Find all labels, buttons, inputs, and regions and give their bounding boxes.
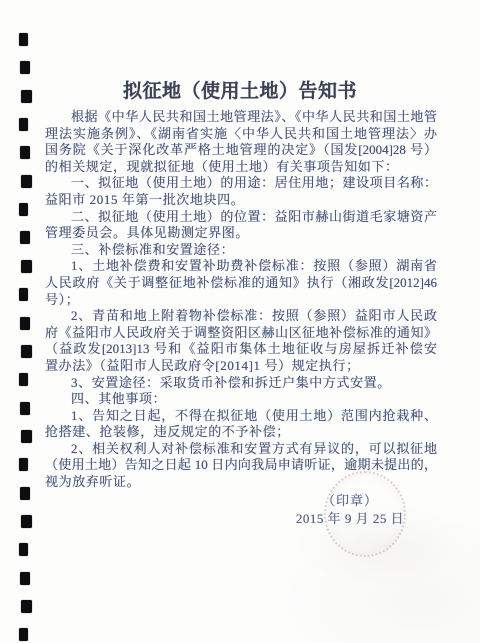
binding-mark bbox=[21, 260, 32, 273]
document-line: 理法实施条例》、《湖南省实施〈中华人民共和国土地管理法〉办法》、 bbox=[45, 126, 437, 143]
document-line: 二、拟征地（使用土地）的位置：益阳市赫山街道毛家塘资产 bbox=[45, 209, 437, 226]
binding-mark bbox=[20, 572, 30, 585]
document-line: 管理委员会。具体见勘测定界图。 bbox=[45, 225, 437, 242]
document-date: 2015 年 9 月 25 日 bbox=[270, 510, 430, 527]
document-line: 3、安置途径：采取货币补偿和拆迁户集中方式安置。 bbox=[45, 375, 437, 392]
binding-mark bbox=[21, 175, 32, 188]
binding-mark bbox=[20, 231, 30, 244]
document-line: 益阳市 2015 年第一批次地块四。 bbox=[45, 192, 437, 209]
binding-mark bbox=[21, 430, 32, 443]
binding-mark bbox=[19, 118, 28, 131]
document-line: 四、其他事项： bbox=[45, 391, 437, 408]
scanned-document-page: 拟征地（使用土地）告知书 根据《中华人民共和国土地管理法》、《中华人民共和国土地… bbox=[0, 0, 480, 643]
document-line: （使用土地）告知之日起 10 日内向我局申请听证，逾期未提出的， bbox=[45, 457, 437, 474]
seal-placeholder-label: （印章） bbox=[270, 492, 430, 509]
document-line: 1、土地补偿费和安置补助费补偿标准：按照（参照）湖南省 bbox=[45, 258, 437, 275]
document-line: 根据《中华人民共和国土地管理法》、《中华人民共和国土地管 bbox=[45, 109, 437, 126]
document-line: 2、青苗和地上附着物补偿标准：按照（参照）益阳市人民政 bbox=[45, 308, 437, 325]
binding-mark bbox=[21, 600, 32, 613]
binding-mark bbox=[21, 345, 32, 358]
binding-mark bbox=[19, 33, 28, 46]
binding-mark bbox=[20, 146, 30, 159]
binding-mark bbox=[21, 515, 32, 528]
document-line: 国务院《关于深化改革严格土地管理的决定》（国发[2004]28 号） bbox=[45, 142, 437, 159]
document-title: 拟征地（使用土地）告知书 bbox=[0, 76, 480, 103]
document-line: 的相关规定，现就拟征地（使用土地）有关事项告知如下： bbox=[45, 159, 437, 176]
document-line: 府《益阳市人民政府关于调整资阳区赫山区征地补偿标准的通知》 bbox=[45, 325, 437, 342]
binding-mark bbox=[19, 458, 28, 471]
binding-mark bbox=[19, 543, 28, 556]
binding-mark bbox=[19, 373, 28, 386]
document-line: 2、相关权利人对补偿标准和安置方式有异议的，可以拟征地 bbox=[45, 441, 437, 458]
binding-mark bbox=[19, 628, 28, 641]
document-line: （益政发[2013]13 号和《益阳市集体土地征收与房屋拆迁补偿安 bbox=[45, 341, 437, 358]
binding-mark bbox=[20, 402, 30, 415]
document-line: 置办法》（益阳市人民政府令[2014]1 号）规定执行； bbox=[45, 358, 437, 375]
binding-mark bbox=[19, 203, 28, 216]
binding-mark bbox=[20, 317, 30, 330]
signature-block: （印章） 2015 年 9 月 25 日 bbox=[270, 492, 430, 527]
document-line: 抢搭建、抢装修，违反规定的不予补偿； bbox=[45, 424, 437, 441]
binding-mark bbox=[20, 61, 30, 74]
document-line: 一、拟征地（使用土地）的用途：居住用地；建设项目名称： bbox=[45, 175, 437, 192]
document-line: 号）； bbox=[45, 292, 437, 309]
binding-mark bbox=[20, 487, 30, 500]
document-line: 1、告知之日起，不得在拟征地（使用土地）范围内抢栽种、 bbox=[45, 408, 437, 425]
document-body: 根据《中华人民共和国土地管理法》、《中华人民共和国土地管理法实施条例》、《湖南省… bbox=[45, 109, 437, 491]
document-line: 人民政府《关于调整征地补偿标准的通知》执行（湘政发[2012]46 bbox=[45, 275, 437, 292]
document-line: 三、补偿标准和安置途径： bbox=[45, 242, 437, 259]
binding-mark bbox=[19, 288, 28, 301]
